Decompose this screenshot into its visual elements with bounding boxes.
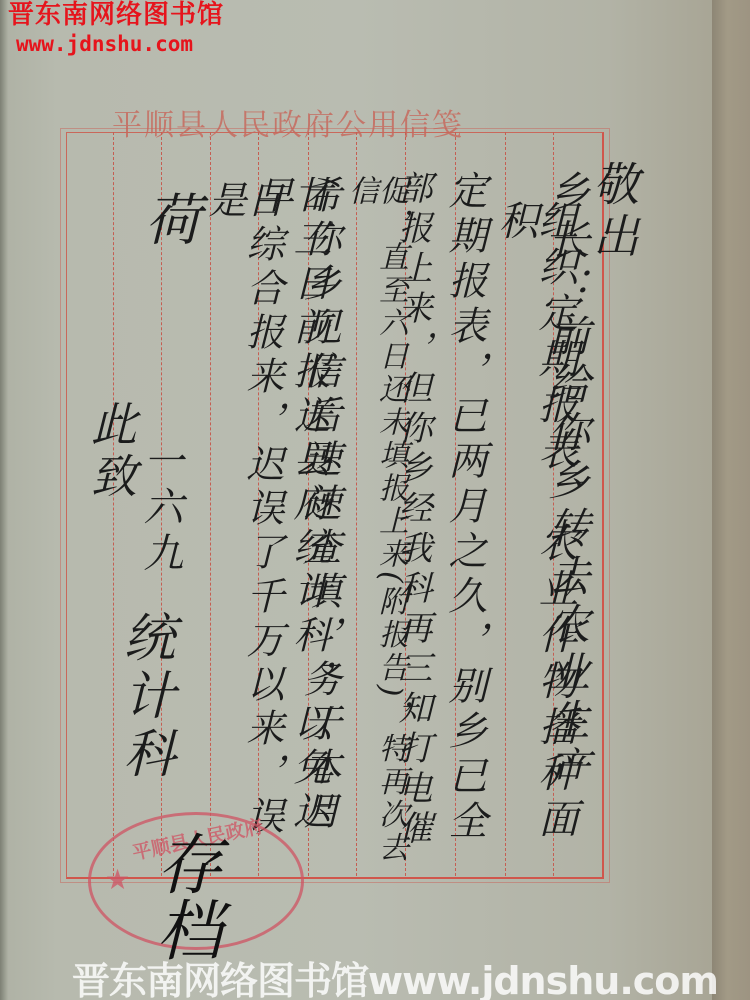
handwriting-column: 日综合报来，迟误了千万以来，误是 (205, 180, 281, 860)
underlying-page-edge (712, 0, 750, 1000)
watermark-site-name: 晋东南网络图书馆 (8, 2, 224, 28)
watermark-top: 晋东南网络图书馆 www.jdnshu.com (8, 2, 224, 55)
star-icon: ★ (105, 863, 130, 896)
handwriting-date: 一六九 (140, 440, 180, 578)
handwriting-column: 敬出 (590, 160, 636, 264)
handwriting-closing-he: 荷 (140, 190, 196, 252)
handwriting-column: 促，直至六日还未填报上来(附报告)，特再次去信 (345, 175, 405, 865)
handwriting-sender: 统计科 (118, 610, 170, 784)
paper-left-shadow (0, 0, 8, 1000)
handwriting-column: 定期报表，已两月之久，别乡已全 (445, 170, 484, 850)
handwritten-signature: 存档 (150, 830, 216, 962)
handwriting-cizhi: 此致 (88, 400, 134, 504)
watermark-site-url: www.jdnshu.com (8, 34, 224, 55)
handwriting-column: 组织定期报表、农业作物播种面积 (495, 200, 575, 880)
watermark-bottom: 晋东南网络图书馆www.jdnshu.com (72, 950, 718, 1000)
